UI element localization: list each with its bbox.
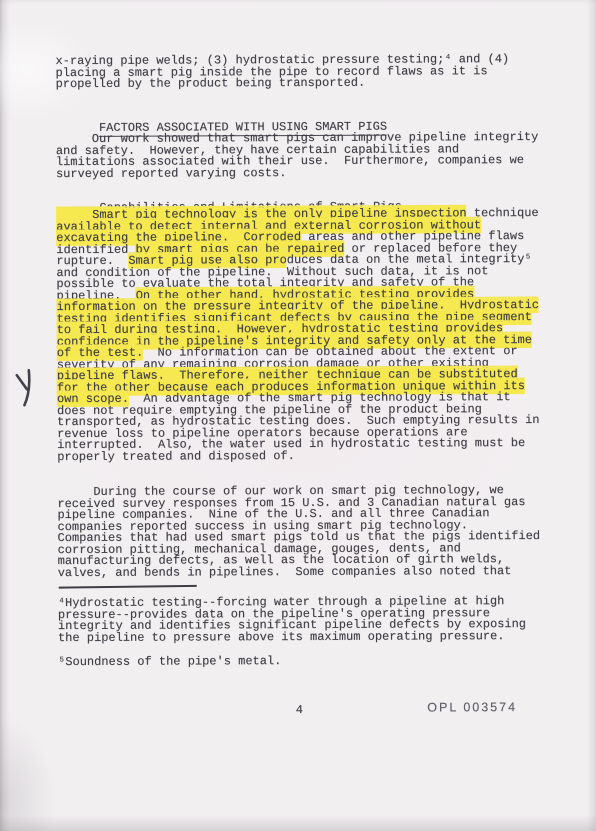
survey-paragraph: During the course of our work on smart p… — [57, 485, 540, 579]
footnote-separator — [59, 585, 197, 589]
overview-paragraph: Our work showed that smart pigs can impr… — [56, 132, 539, 180]
footnote-5: ⁵Soundness of the pipe's metal. — [58, 656, 281, 668]
intro-paragraph: x-raying pipe welds; (3) hydrostatic pre… — [55, 54, 509, 90]
text-line: ⁵Soundness of the pipe's metal. — [58, 656, 281, 668]
stamp-opl-number: OPL 003574 — [427, 702, 517, 714]
document-content: x-raying pipe welds; (3) hydrostatic pre… — [0, 0, 596, 831]
text-line: properly treated and disposed of. — [57, 449, 540, 463]
text-line: propelled by the product being transport… — [56, 77, 510, 90]
text-line: the pipeline to pressure above its maxim… — [58, 631, 526, 645]
text-line: valves, and bends in pipelines. Some com… — [58, 565, 541, 579]
down-arrow-pen-mark-icon — [13, 367, 39, 409]
capabilities-paragraph: Smart pig technology is the only pipelin… — [56, 208, 540, 463]
footnote-4: ⁴Hydrostatic testing--forcing water thro… — [58, 596, 526, 644]
text-line: surveyed reported varying costs. — [56, 166, 539, 180]
scanned-document-page: x-raying pipe welds; (3) hydrostatic pre… — [0, 0, 596, 831]
